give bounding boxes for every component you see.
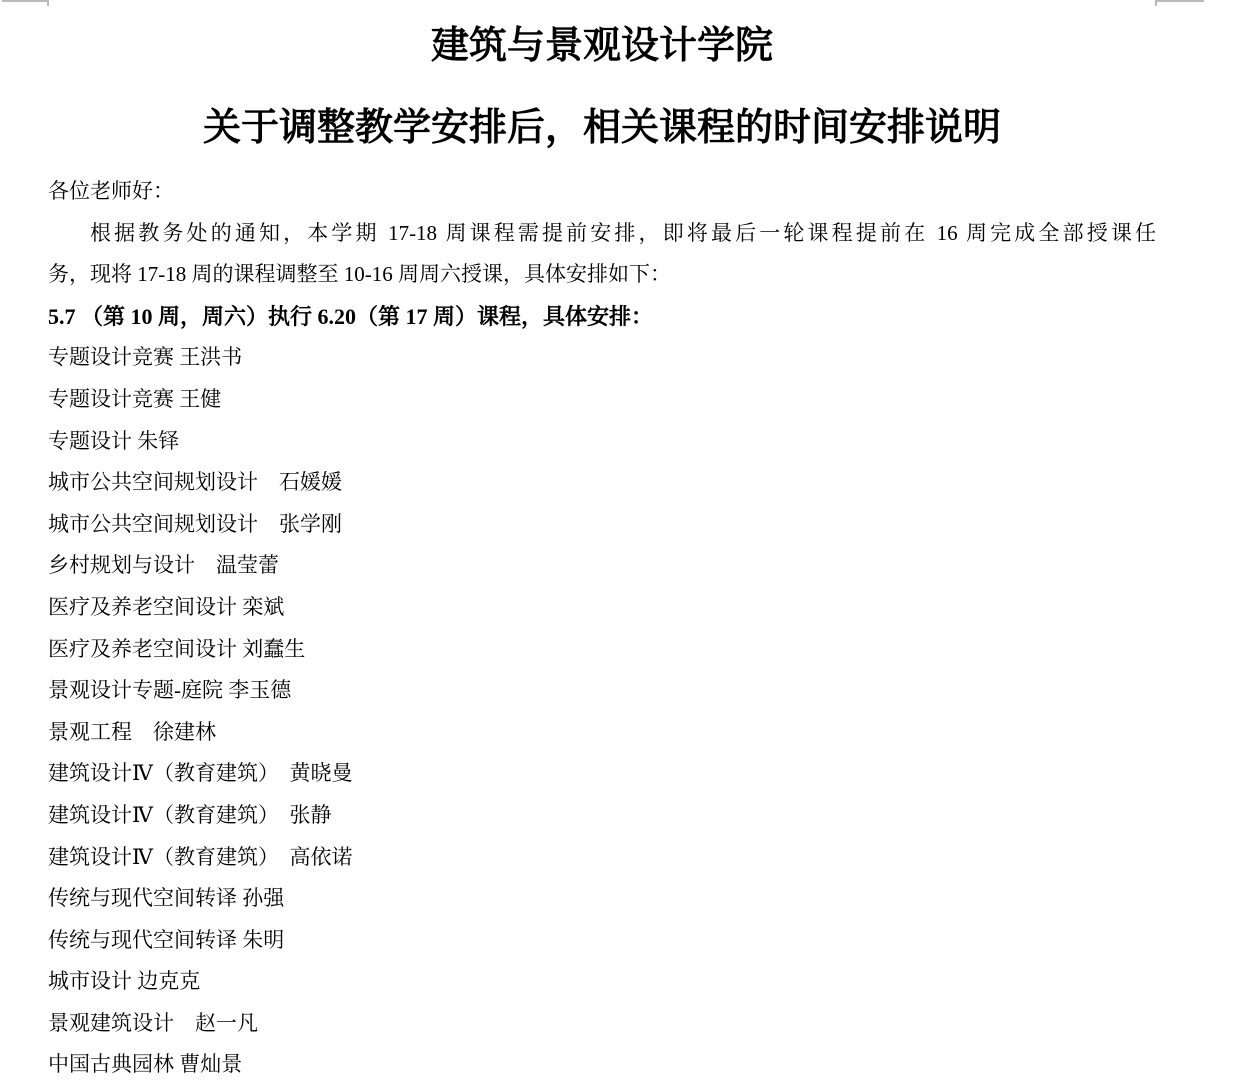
course-item: 乡村规划与设计 温莹蕾 bbox=[48, 545, 1156, 587]
course-item: 专题设计竞赛 王洪书 bbox=[48, 337, 1156, 379]
course-item: 城市设计 边克克 bbox=[48, 961, 1156, 1003]
course-item: 建筑设计Ⅳ（教育建筑） 张静 bbox=[48, 795, 1156, 837]
document-page: 建筑与景观设计学院 关于调整教学安排后，相关课程的时间安排说明 各位老师好： 根… bbox=[0, 0, 1260, 1091]
course-item: 医疗及养老空间设计 刘蠢生 bbox=[48, 629, 1156, 671]
doc-title: 建筑与景观设计学院 bbox=[48, 24, 1156, 68]
course-item: 建筑设计Ⅳ（教育建筑） 黄晓曼 bbox=[48, 753, 1156, 795]
course-item: 建筑设计Ⅳ（教育建筑） 高依诺 bbox=[48, 837, 1156, 879]
course-item: 传统与现代空间转译 朱明 bbox=[48, 920, 1156, 962]
page-corner-mark-left-horizontal bbox=[2, 0, 49, 2]
doc-subtitle: 关于调整教学安排后，相关课程的时间安排说明 bbox=[48, 106, 1156, 150]
course-item: 景观工程 徐建林 bbox=[48, 712, 1156, 754]
course-item: 景观设计专题-庭院 李玉德 bbox=[48, 670, 1156, 712]
course-item: 专题设计 朱铎 bbox=[48, 421, 1156, 463]
page-corner-mark-right-horizontal bbox=[1157, 0, 1204, 2]
body-paragraph-line-1: 根据教务处的通知，本学期 17-18 周课程需提前安排，即将最后一轮课程提前在 … bbox=[48, 213, 1156, 255]
section-heading: 5.7 （第 10 周，周六）执行 6.20（第 17 周）课程，具体安排： bbox=[48, 296, 1156, 338]
greeting-line: 各位老师好： bbox=[48, 171, 1156, 213]
course-item: 传统与现代空间转译 孙强 bbox=[48, 878, 1156, 920]
course-item: 城市公共空间规划设计 石媛媛 bbox=[48, 462, 1156, 504]
course-item: 医疗及养老空间设计 栾斌 bbox=[48, 587, 1156, 629]
document-content: 建筑与景观设计学院 关于调整教学安排后，相关课程的时间安排说明 各位老师好： 根… bbox=[48, 0, 1156, 1086]
course-item: 专题设计竞赛 王健 bbox=[48, 379, 1156, 421]
body-paragraph-line-2: 务，现将 17-18 周的课程调整至 10-16 周周六授课，具体安排如下： bbox=[48, 254, 1156, 296]
course-list: 专题设计竞赛 王洪书专题设计竞赛 王健专题设计 朱铎城市公共空间规划设计 石媛媛… bbox=[48, 337, 1156, 1086]
course-item: 中国古典园林 曹灿景 bbox=[48, 1044, 1156, 1086]
course-item: 景观建筑设计 赵一凡 bbox=[48, 1003, 1156, 1045]
course-item: 城市公共空间规划设计 张学刚 bbox=[48, 504, 1156, 546]
